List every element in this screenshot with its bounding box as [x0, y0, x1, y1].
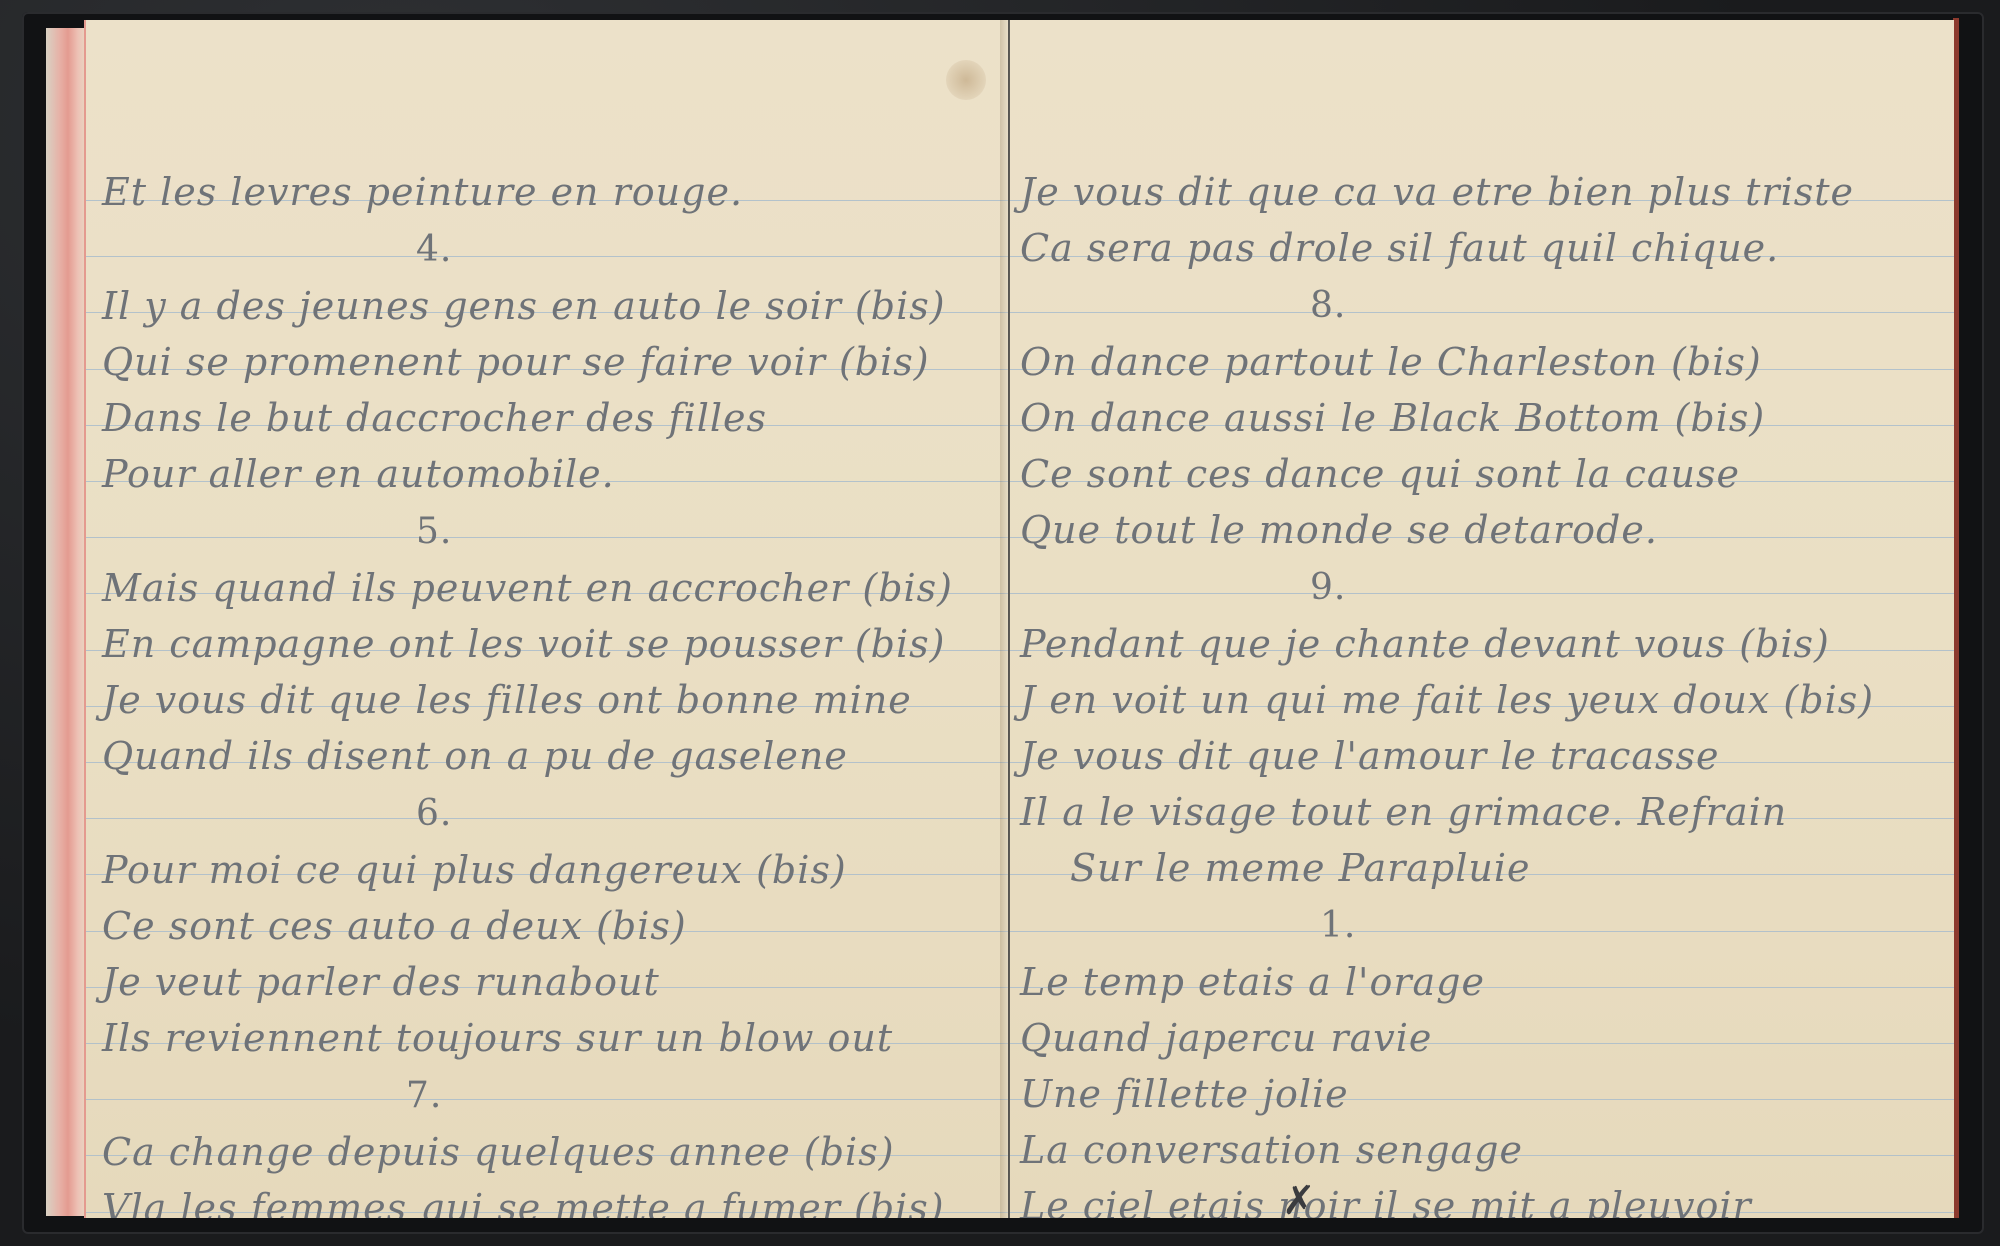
verse-line: Une fillette jolie — [1020, 1072, 1349, 1116]
verse-line: Quand japercu ravie — [1020, 1016, 1432, 1060]
verse-line: On dance aussi le Black Bottom (bis) — [1020, 396, 1765, 440]
verse-line: Ce sont ces dance qui sont la cause — [1020, 452, 1740, 496]
stanza-number: 5. — [416, 510, 452, 554]
right-page: Je vous dit que ca va etre bien plus tri… — [1010, 20, 1954, 1218]
page-stack-edge-left — [46, 28, 86, 1216]
verse-line: Ca sera pas drole sil faut quil chique. — [1020, 226, 1779, 270]
verse-line: Ce sont ces auto a deux (bis) — [102, 904, 687, 948]
verse-line: Pendant que je chante devant vous (bis) — [1020, 622, 1830, 666]
verse-line: Pour aller en automobile. — [102, 452, 615, 496]
verse-line: J en voit un qui me fait les yeux doux (… — [1020, 678, 1874, 722]
correction-mark-icon: ✗ — [1282, 1178, 1316, 1218]
verse-line: Vla les femmes qui se mette a fumer (bis… — [102, 1186, 945, 1218]
verse-line: Mais quand ils peuvent en accrocher (bis… — [102, 566, 953, 610]
rule-line — [86, 818, 1008, 819]
verse-line: Que tout le monde se detarode. — [1020, 508, 1658, 552]
verse-line: La conversation sengage — [1020, 1128, 1523, 1172]
verse-line: Pour moi ce qui plus dangereux (bis) — [102, 848, 847, 892]
stanza-number: 4. — [416, 228, 452, 272]
paper-stain — [946, 60, 986, 100]
stanza-number: 1. — [1320, 904, 1356, 948]
stanza-number: 9. — [1310, 566, 1346, 610]
stanza-number: 6. — [416, 792, 452, 836]
verse-line: Je veut parler des runabout — [102, 960, 660, 1004]
stanza-number: 8. — [1310, 284, 1346, 328]
verse-line: Je vous dit que les filles ont bonne min… — [102, 678, 912, 722]
verse-line: Le ciel etais noir il se mit a pleuvoir — [1020, 1184, 1752, 1218]
rule-line — [86, 1099, 1008, 1100]
verse-line: Dans le but daccrocher des filles — [102, 396, 767, 440]
verse-line: Et les levres peinture en rouge. — [102, 170, 743, 214]
verse-line: Ca change depuis quelques annee (bis) — [102, 1130, 895, 1174]
verse-line: Je vous dit que l'amour le tracasse — [1020, 734, 1720, 778]
verse-line: Je vous dit que ca va etre bien plus tri… — [1020, 170, 1854, 214]
rule-line — [86, 537, 1008, 538]
song-title: Sur le meme Parapluie — [1070, 846, 1531, 890]
verse-line: Il a le visage tout en grimace. Refrain — [1020, 790, 1787, 834]
verse-line: On dance partout le Charleston (bis) — [1020, 340, 1762, 384]
verse-line: En campagne ont les voit se pousser (bis… — [102, 622, 946, 666]
rule-line — [86, 256, 1008, 257]
stanza-number: 7. — [406, 1074, 442, 1118]
verse-line: Ils reviennent toujours sur un blow out — [102, 1016, 893, 1060]
verse-line: Qui se promenent pour se faire voir (bis… — [102, 340, 930, 384]
left-page: Et les levres peinture en rouge. 4. Il y… — [84, 20, 1008, 1218]
verse-line: Le temp etais a l'orage — [1020, 960, 1485, 1004]
rule-line — [1010, 593, 1954, 594]
verse-line: Il y a des jeunes gens en auto le soir (… — [102, 284, 946, 328]
rule-line — [1010, 931, 1954, 932]
rule-line — [1010, 312, 1954, 313]
verse-line: Quand ils disent on a pu de gaselene — [102, 734, 848, 778]
